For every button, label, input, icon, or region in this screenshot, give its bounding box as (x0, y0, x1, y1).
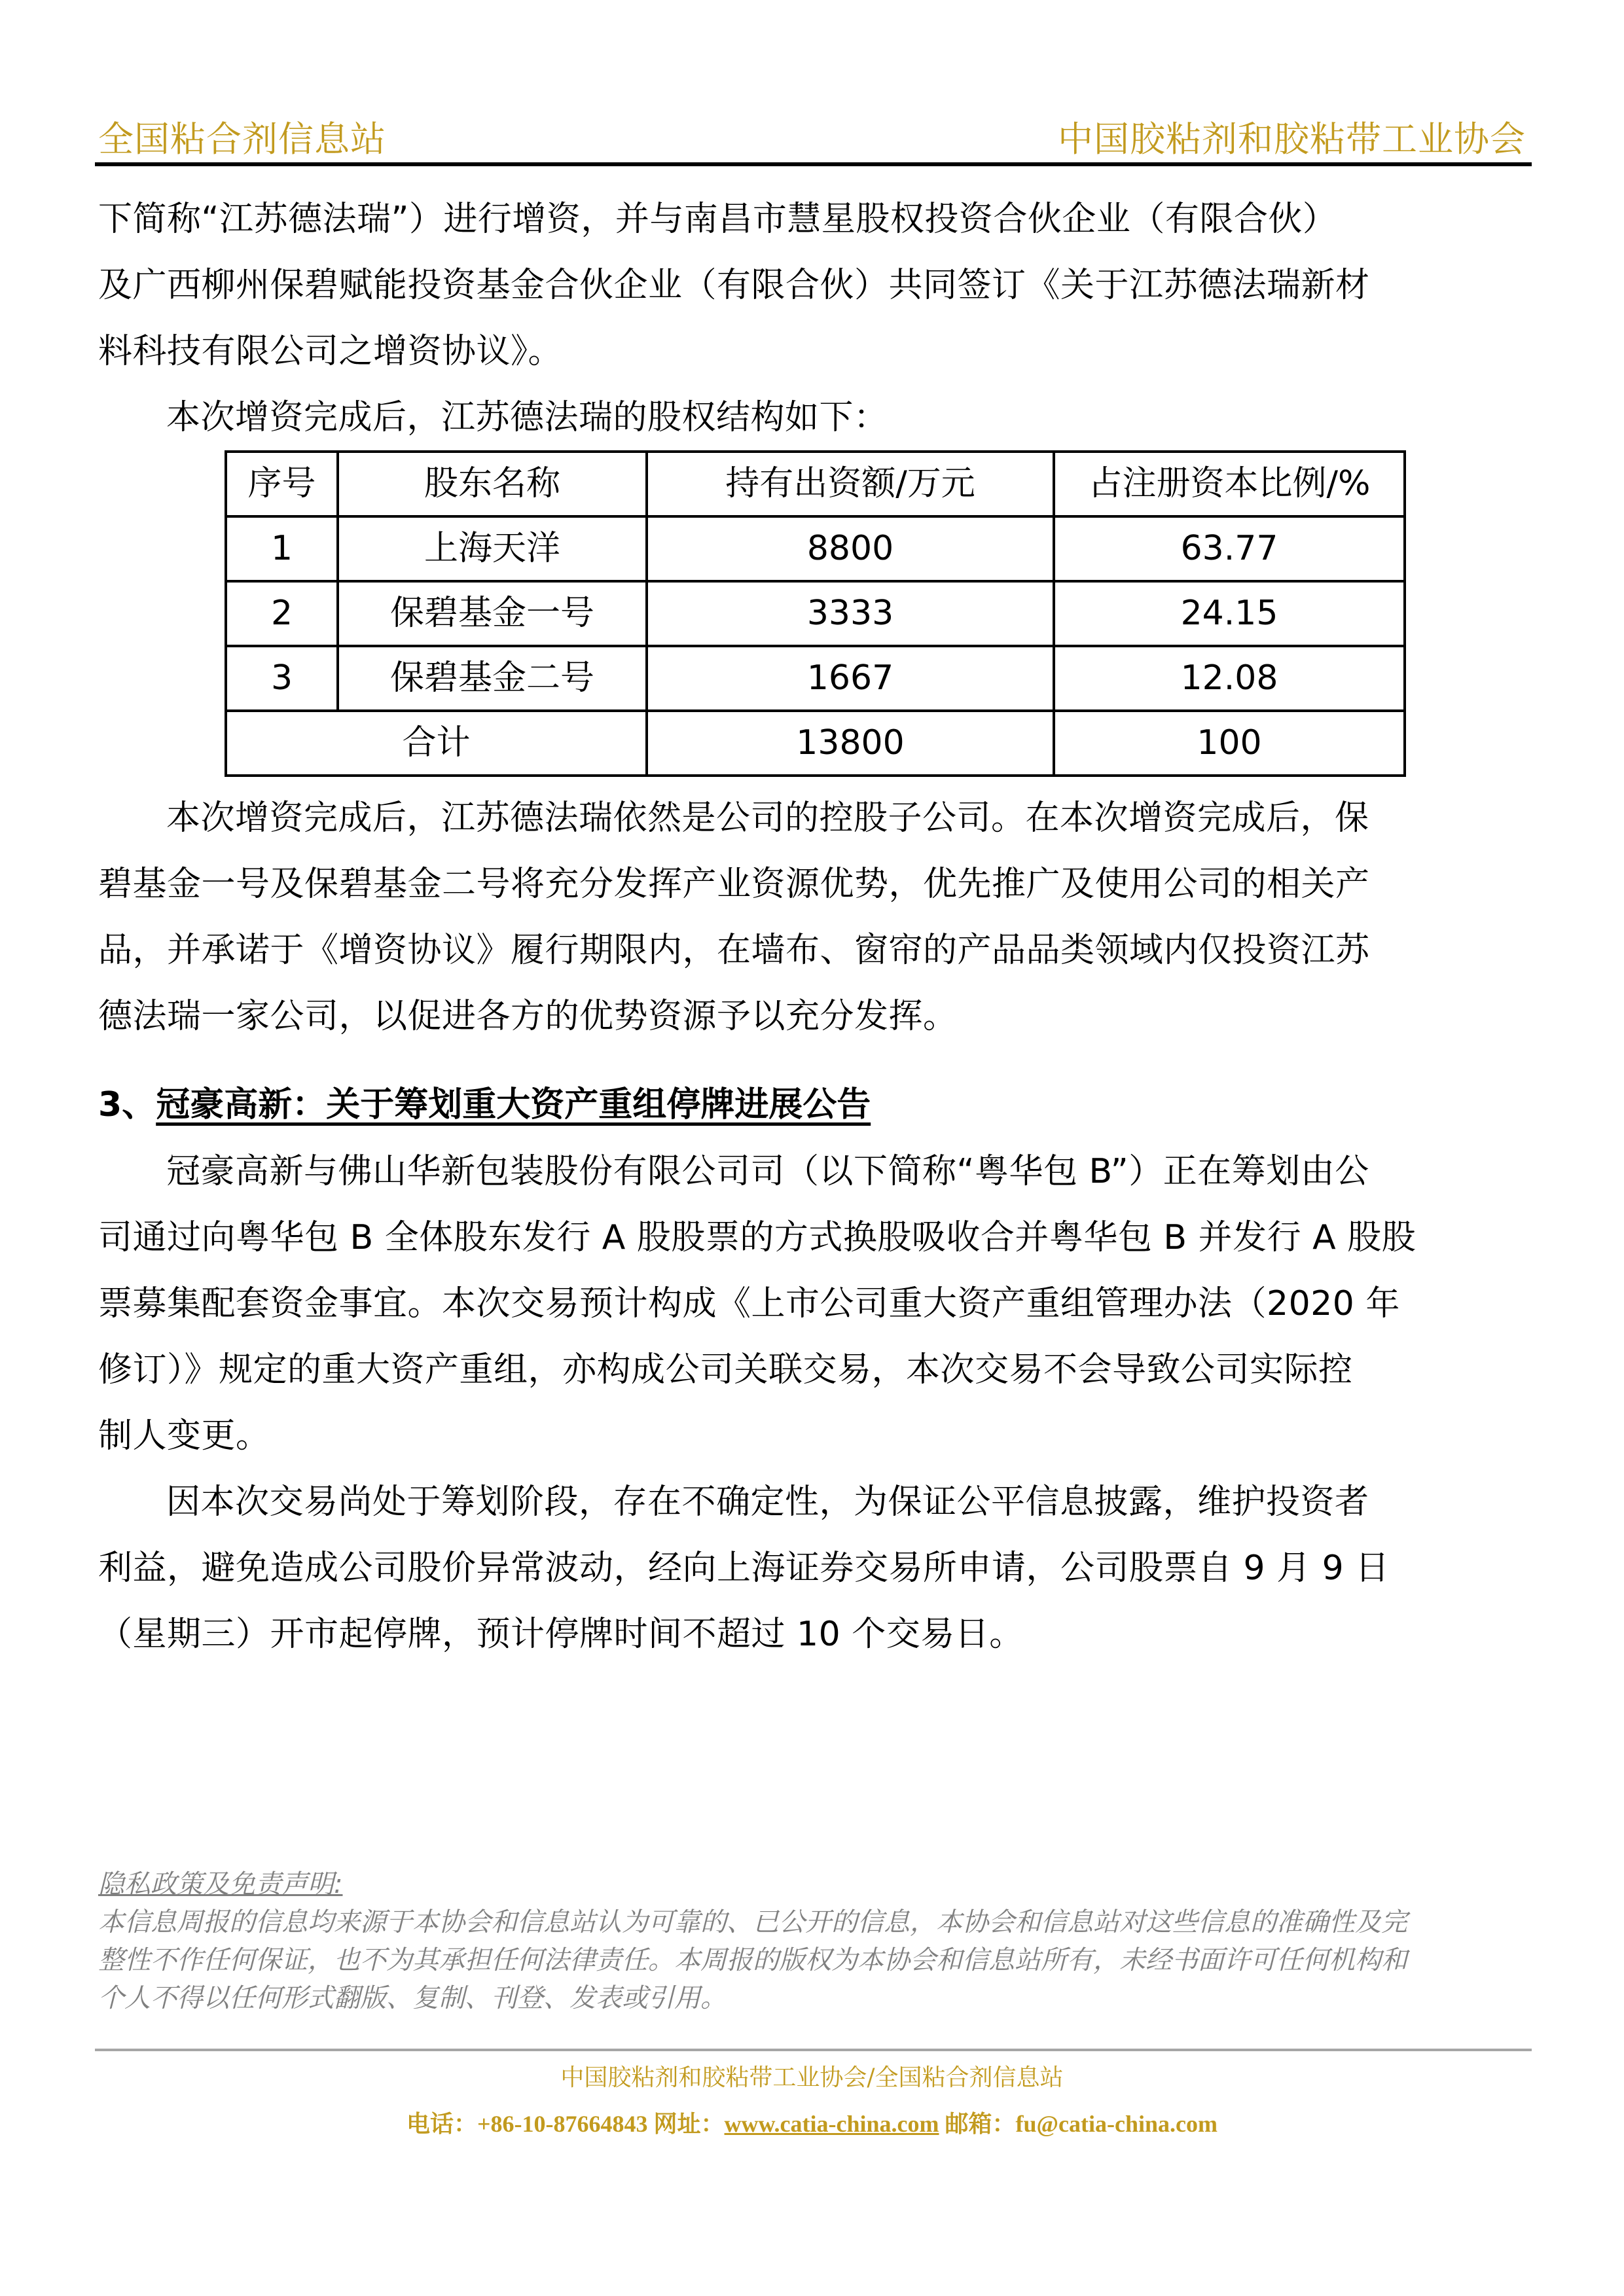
cell-no: 3 (226, 646, 338, 711)
section-number: 3、 (98, 1085, 156, 1124)
text-line: 碧基金一号及保碧基金二号将充分发挥产业资源优势，优先推广及使用公司的相关产 (98, 852, 1532, 918)
text-line: 制人变更。 (98, 1403, 1532, 1469)
text-line: 料科技有限公司之增资协议》。 (98, 319, 1532, 385)
phone-number: +86-10-87664843 (477, 2111, 648, 2137)
text-line: 因本次交易尚处于筹划阶段，存在不确定性，为保证公平信息披露，维护投资者 (98, 1469, 1532, 1535)
table-row: 2 保碧基金一号 3333 24.15 (226, 581, 1405, 646)
section3-paragraph-1: 冠豪高新与佛山华新包装股份有限公司司（以下简称“粤华包 B”）正在筹划由公 司通… (98, 1139, 1532, 1469)
email-address[interactable]: fu@catia-china.com (1016, 2111, 1218, 2137)
cell-amount: 3333 (647, 581, 1054, 646)
section2-conclusion-paragraph: 本次增资完成后，江苏德法瑞依然是公司的控股子公司。在本次增资完成后，保 碧基金一… (98, 785, 1532, 1050)
cell-no: 2 (226, 581, 338, 646)
header-cell-no: 序号 (226, 452, 338, 516)
header-site-name: 全国粘合剂信息站 (98, 117, 386, 162)
cell-ratio: 24.15 (1054, 581, 1405, 646)
header-cell-ratio: 占注册资本比例/% (1054, 452, 1405, 516)
website-link[interactable]: www.catia-china.com (725, 2111, 939, 2137)
disclaimer-title: 隐私政策及免责声明: (98, 1865, 342, 1903)
text-line: 及广西柳州保碧赋能投资基金合伙企业（有限合伙）共同签订《关于江苏德法瑞新材 (98, 253, 1532, 319)
cell-no: 1 (226, 516, 338, 581)
equity-structure-table: 序号 股东名称 持有出资额/万元 占注册资本比例/% 1 上海天洋 8800 6… (225, 450, 1406, 777)
footer-contact-line: 电话：+86-10-87664843 网址：www.catia-china.co… (0, 2106, 1624, 2142)
footer-divider (95, 2049, 1532, 2051)
header-divider (95, 162, 1532, 166)
text-line: 利益，避免造成公司股价异常波动，经向上海证券交易所申请，公司股票自 9 月 9 … (98, 1535, 1532, 1602)
disclaimer-line: 整性不作任何保证，也不为其承担任何法律责任。本周报的版权为本协会和信息站所有，未… (98, 1941, 1532, 1979)
table-total-row: 合计 13800 100 (226, 711, 1405, 776)
footer-org-line: 中国胶粘剂和胶粘带工业协会/全国粘合剂信息站 (0, 2062, 1624, 2094)
cell-total-ratio: 100 (1054, 711, 1405, 776)
text-line: 本次增资完成后，江苏德法瑞依然是公司的控股子公司。在本次增资完成后，保 (98, 785, 1532, 852)
table-row: 3 保碧基金二号 1667 12.08 (226, 646, 1405, 711)
cell-total-label: 合计 (226, 711, 647, 776)
website-label: 网址： (648, 2111, 725, 2137)
table-header-row: 序号 股东名称 持有出资额/万元 占注册资本比例/% (226, 452, 1405, 516)
cell-amount: 1667 (647, 646, 1054, 711)
disclaimer-block: 隐私政策及免责声明: 本信息周报的信息均来源于本协会和信息站认为可靠的、已公开的… (98, 1865, 1532, 2017)
cell-amount: 8800 (647, 516, 1054, 581)
text-line: 德法瑞一家公司，以促进各方的优势资源予以充分发挥。 (98, 984, 1532, 1050)
text-line: 下简称“江苏德法瑞”）进行增资，并与南昌市慧星股权投资合伙企业（有限合伙） (98, 187, 1532, 253)
cell-name: 保碧基金二号 (338, 646, 647, 711)
text-line: 司通过向粤华包 B 全体股东发行 A 股股票的方式换股吸收合并粤华包 B 并发行… (98, 1205, 1532, 1271)
section-title: 冠豪高新：关于筹划重大资产重组停牌进展公告 (156, 1085, 871, 1124)
table-caption: 本次增资完成后，江苏德法瑞的股权结构如下： (98, 385, 1532, 451)
table-row: 1 上海天洋 8800 63.77 (226, 516, 1405, 581)
cell-total-amount: 13800 (647, 711, 1054, 776)
email-label: 邮箱： (939, 2111, 1016, 2137)
header-cell-name: 股东名称 (338, 452, 647, 516)
text-line: 冠豪高新与佛山华新包装股份有限公司司（以下简称“粤华包 B”）正在筹划由公 (98, 1139, 1532, 1205)
section2-intro-paragraph: 下简称“江苏德法瑞”）进行增资，并与南昌市慧星股权投资合伙企业（有限合伙） 及广… (98, 187, 1532, 385)
cell-ratio: 63.77 (1054, 516, 1405, 581)
cell-ratio: 12.08 (1054, 646, 1405, 711)
disclaimer-line: 个人不得以任何形式翻版、复制、刊登、发表或引用。 (98, 1979, 1532, 2017)
header-association-name: 中国胶粘剂和胶粘带工业协会 (1058, 117, 1526, 162)
text-line: 修订）》规定的重大资产重组，亦构成公司关联交易，本次交易不会导致公司实际控 (98, 1337, 1532, 1403)
text-line: （星期三）开市起停牌，预计停牌时间不超过 10 个交易日。 (98, 1602, 1532, 1668)
section3-paragraph-2: 因本次交易尚处于筹划阶段，存在不确定性，为保证公平信息披露，维护投资者 利益，避… (98, 1469, 1532, 1668)
cell-name: 上海天洋 (338, 516, 647, 581)
text-line: 品，并承诺于《增资协议》履行期限内，在墙布、窗帘的产品品类领域内仅投资江苏 (98, 918, 1532, 984)
section3-heading: 3、冠豪高新：关于筹划重大资产重组停牌进展公告 (98, 1072, 871, 1138)
phone-label: 电话： (406, 2111, 477, 2137)
disclaimer-line: 本信息周报的信息均来源于本协会和信息站认为可靠的、已公开的信息，本协会和信息站对… (98, 1903, 1532, 1941)
text-line: 票募集配套资金事宜。本次交易预计构成《上市公司重大资产重组管理办法（2020 年 (98, 1271, 1532, 1337)
header-cell-amount: 持有出资额/万元 (647, 452, 1054, 516)
cell-name: 保碧基金一号 (338, 581, 647, 646)
